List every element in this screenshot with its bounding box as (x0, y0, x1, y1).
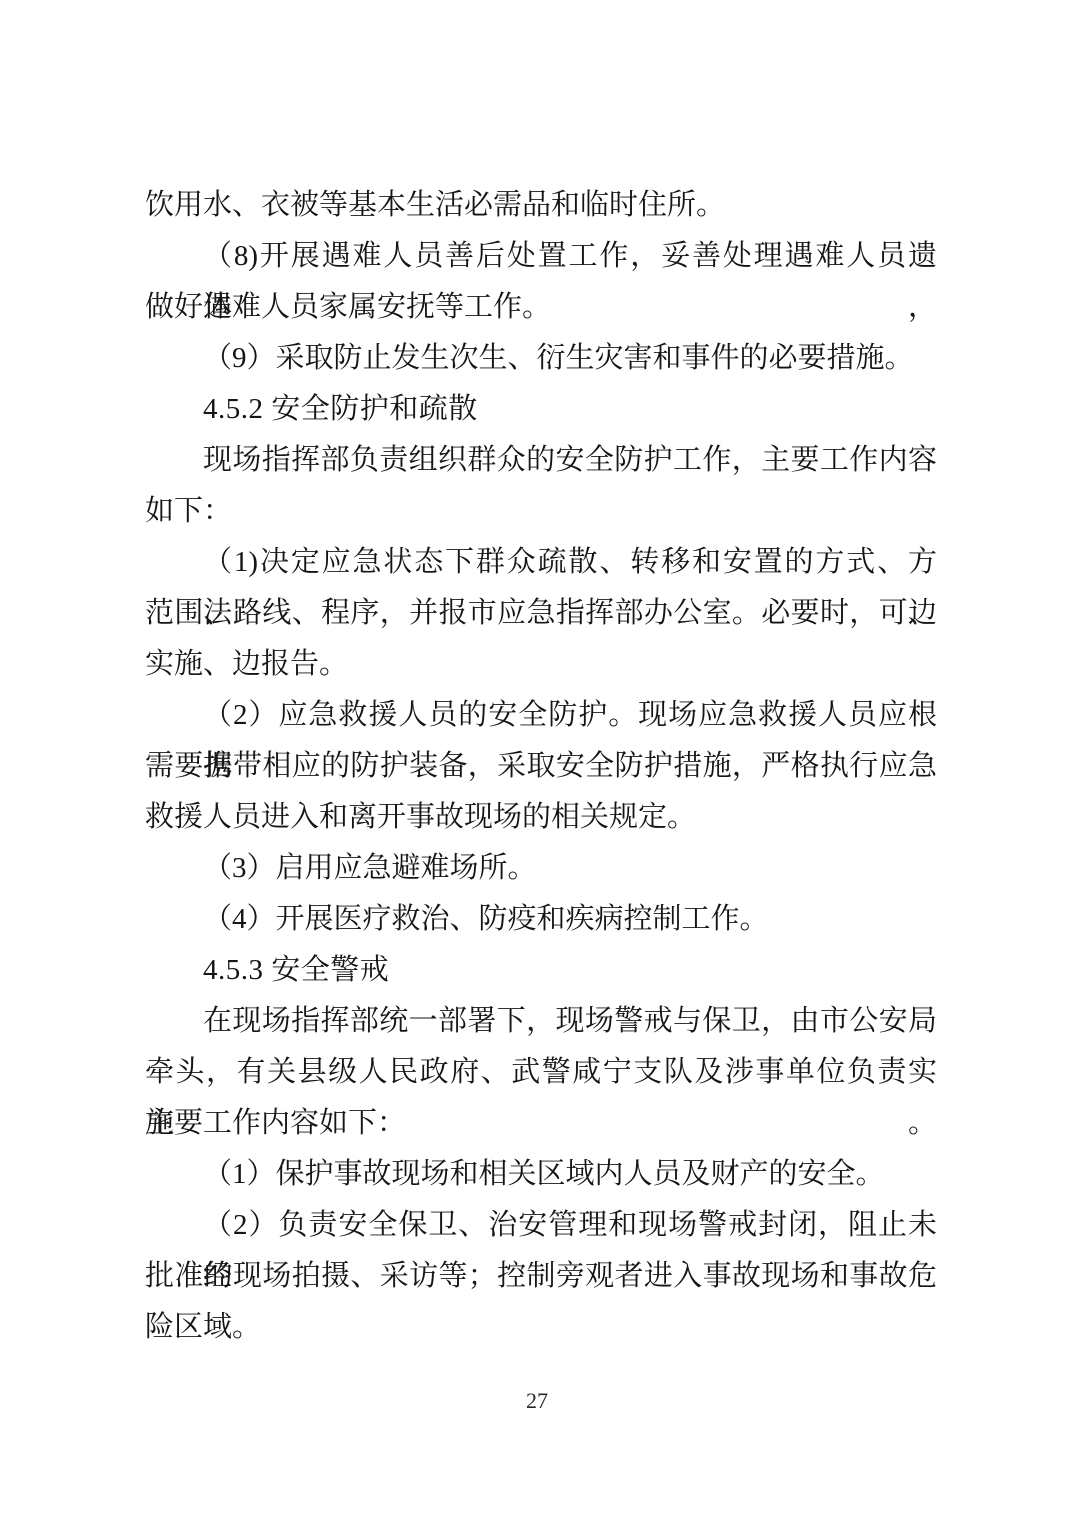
body-line: 在现场指挥部统一部署下，现场警戒与保卫，由市公安局 (145, 996, 937, 1047)
body-line: 需要携带相应的防护装备，采取安全防护措施，严格执行应急 (145, 741, 937, 792)
body-line: 现场指挥部负责组织群众的安全防护工作，主要工作内容 (145, 435, 937, 486)
body-line: （2）应急救援人员的安全防护。现场应急救援人员应根据 (145, 690, 937, 741)
body-line: （2）负责安全保卫、治安管理和现场警戒封闭，阻止未经 (145, 1200, 937, 1251)
document-page: 饮用水、衣被等基本生活必需品和临时住所。 （8)开展遇难人员善后处置工作，妥善处… (0, 0, 1074, 1520)
body-line: （1）保护事故现场和相关区域内人员及财产的安全。 (145, 1149, 937, 1200)
body-line: 救援人员进入和离开事故现场的相关规定。 (145, 792, 937, 843)
body-line: （1)决定应急状态下群众疏散、转移和安置的方式、方法、 (145, 537, 937, 588)
body-line: 范围、路线、程序，并报市应急指挥部办公室。必要时，可边 (145, 588, 937, 639)
body-line: 批准的现场拍摄、采访等；控制旁观者进入事故现场和事故危 (145, 1251, 937, 1302)
page-number: 27 (0, 1388, 1074, 1414)
body-line: （4）开展医疗救治、防疫和疾病控制工作。 (145, 894, 937, 945)
section-heading-4-5-3: 4.5.3 安全警戒 (145, 945, 937, 996)
body-line: 牵头，有关县级人民政府、武警咸宁支队及涉事单位负责实施。 (145, 1047, 937, 1098)
document-body: 饮用水、衣被等基本生活必需品和临时住所。 （8)开展遇难人员善后处置工作，妥善处… (145, 180, 937, 1353)
body-line: 饮用水、衣被等基本生活必需品和临时住所。 (145, 180, 937, 231)
body-line: 险区域。 (145, 1302, 937, 1353)
body-line: 如下： (145, 486, 937, 537)
body-line: （8)开展遇难人员善后处置工作，妥善处理遇难人员遗体， (145, 231, 937, 282)
section-heading-4-5-2: 4.5.2 安全防护和疏散 (145, 384, 937, 435)
body-line: （3）启用应急避难场所。 (145, 843, 937, 894)
body-line: （9）采取防止发生次生、衍生灾害和事件的必要措施。 (145, 333, 937, 384)
body-line: 实施、边报告。 (145, 639, 937, 690)
